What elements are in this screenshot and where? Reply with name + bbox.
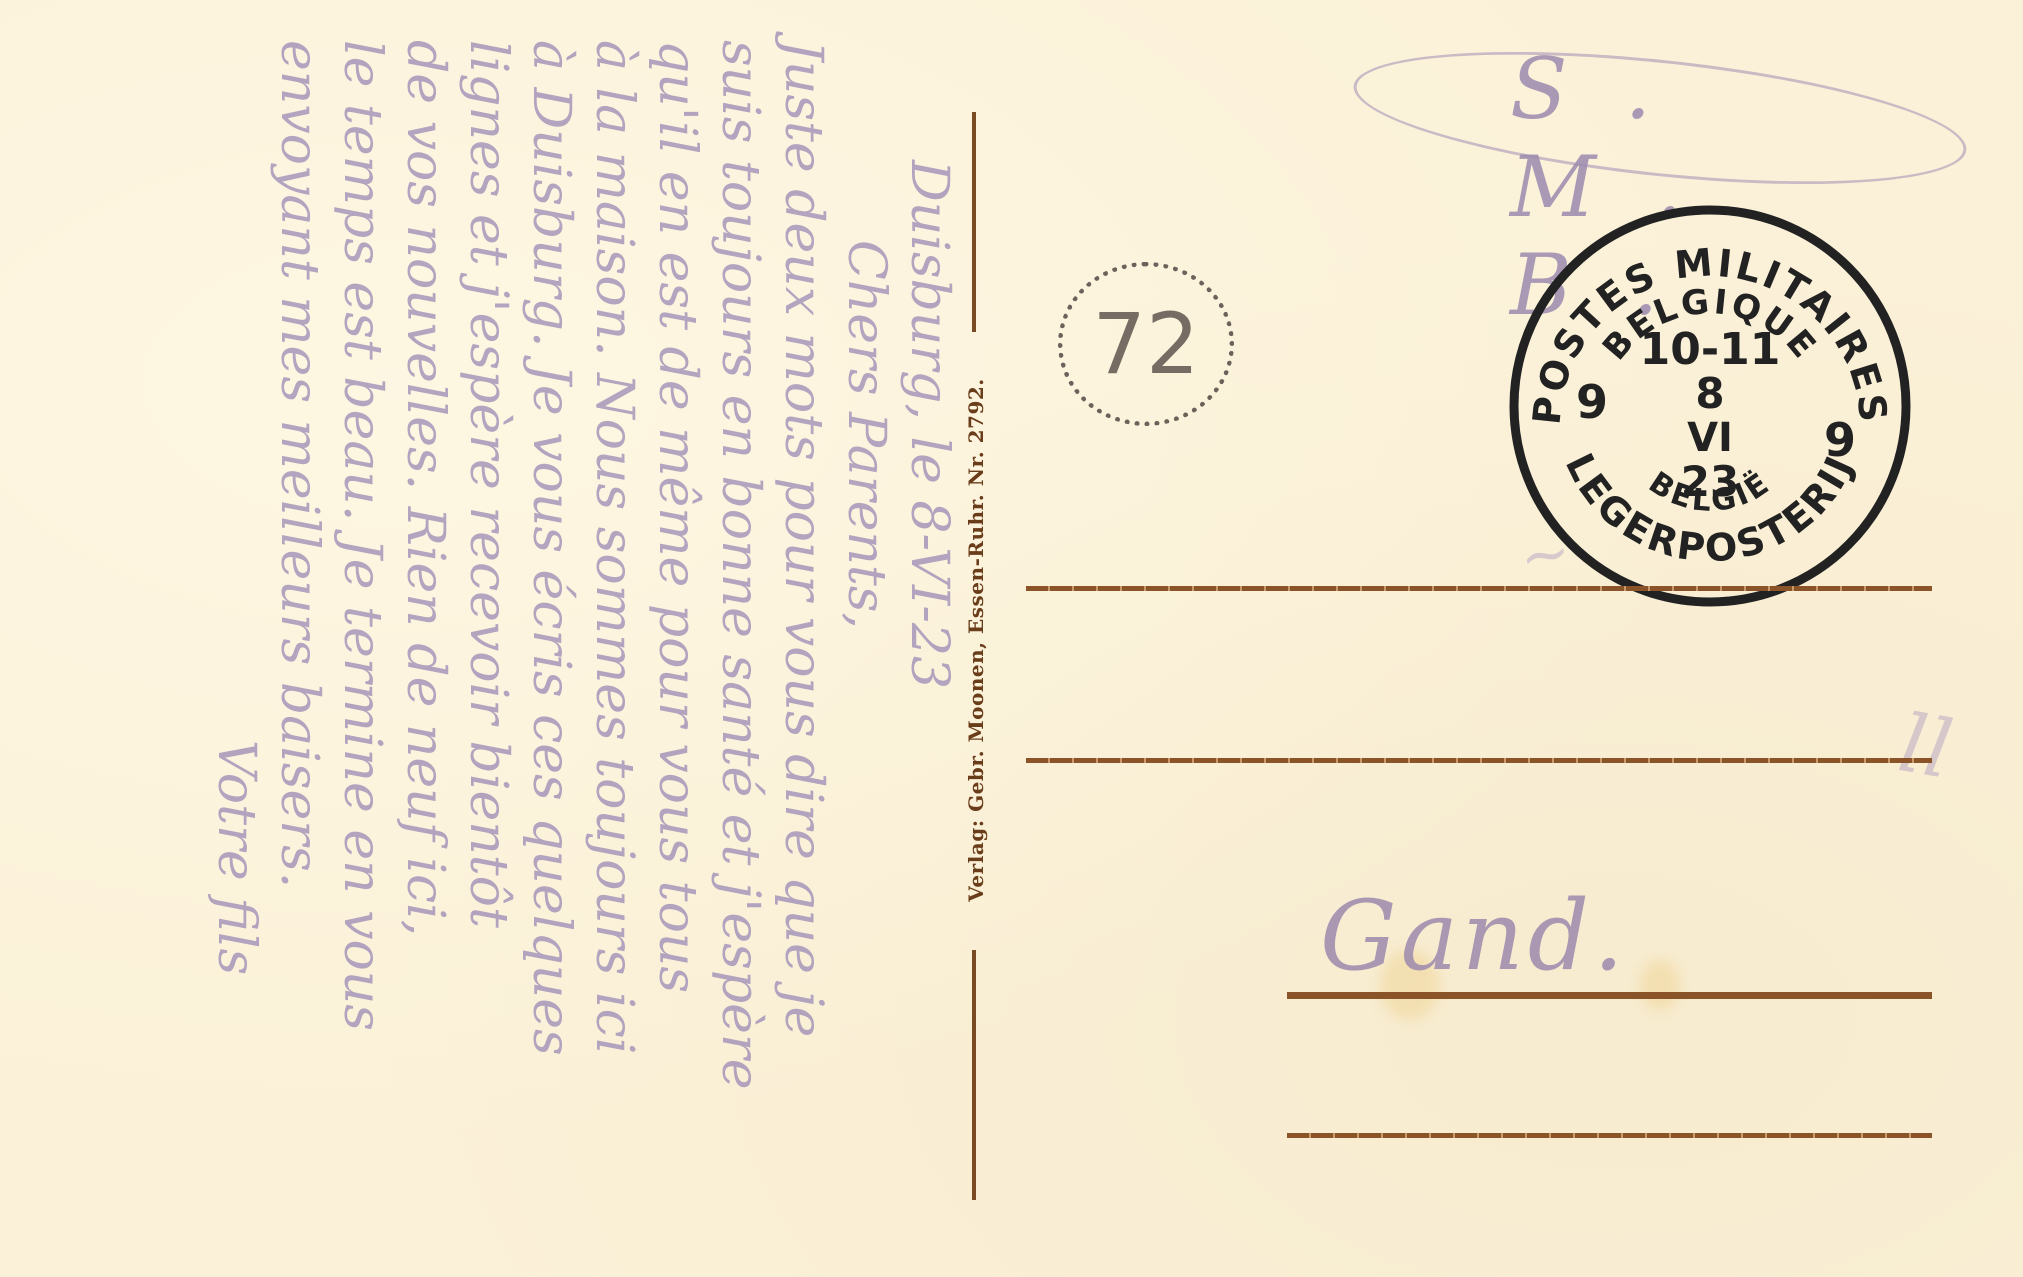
- message-header: Duisburg, le 8-VI-23: [897, 40, 960, 1220]
- divider-line-bottom: [972, 950, 976, 1200]
- postmark-right-code: 9: [1824, 413, 1856, 467]
- postmark-month: VI: [1687, 415, 1733, 461]
- message-line: Juste deux mots pour vous dire que je: [771, 40, 834, 1220]
- divider-line-top: [972, 112, 976, 332]
- address-line-2: [1026, 758, 1932, 763]
- message-salutation: Chers Parents,: [834, 40, 897, 1220]
- message-signature: Votre fils: [204, 40, 267, 1220]
- message-line: qu'il en est de même pour vous tous: [645, 40, 708, 1220]
- message-line: lignes et j'espère recevoir bientôt: [456, 40, 519, 1220]
- postmark-time: 10-11: [1640, 324, 1781, 375]
- faint-pencil-mark: ll: [1892, 696, 1959, 796]
- message-line: de vos nouvelles. Rien de neuf ici,: [393, 40, 456, 1220]
- message-line: à Duisburg. Je vous écris ces quelques: [519, 40, 582, 1220]
- address-line-1: [1026, 586, 1932, 591]
- message-line: à la maison. Nous sommes toujours ici: [582, 40, 645, 1220]
- postmark-year: 23: [1681, 457, 1739, 506]
- paper-stain: [1640, 960, 1680, 1010]
- handwritten-message: Duisburg, le 8-VI-23 Chers Parents, Just…: [40, 40, 960, 1220]
- message-line: le temps est beau. Je termine en vous: [330, 40, 393, 1220]
- publisher-imprint: Verlag: Gebr. Moonen, Essen-Ruhr. Nr. 27…: [964, 340, 988, 940]
- postcard-back: Duisburg, le 8-VI-23 Chers Parents, Just…: [0, 0, 2023, 1277]
- message-line: suis toujours en bonne santé et j'espère: [708, 40, 771, 1220]
- postmark-day: 8: [1695, 369, 1724, 418]
- address-line-3: [1287, 992, 1932, 999]
- postmark-left-code: 9: [1576, 375, 1608, 429]
- registry-number-stamp: 72: [1058, 262, 1234, 426]
- address-line-4: [1287, 1133, 1932, 1138]
- address-city-handwriting: Gand.: [1320, 880, 1628, 992]
- message-line: envoyant mes meilleurs baisers.: [267, 40, 330, 1220]
